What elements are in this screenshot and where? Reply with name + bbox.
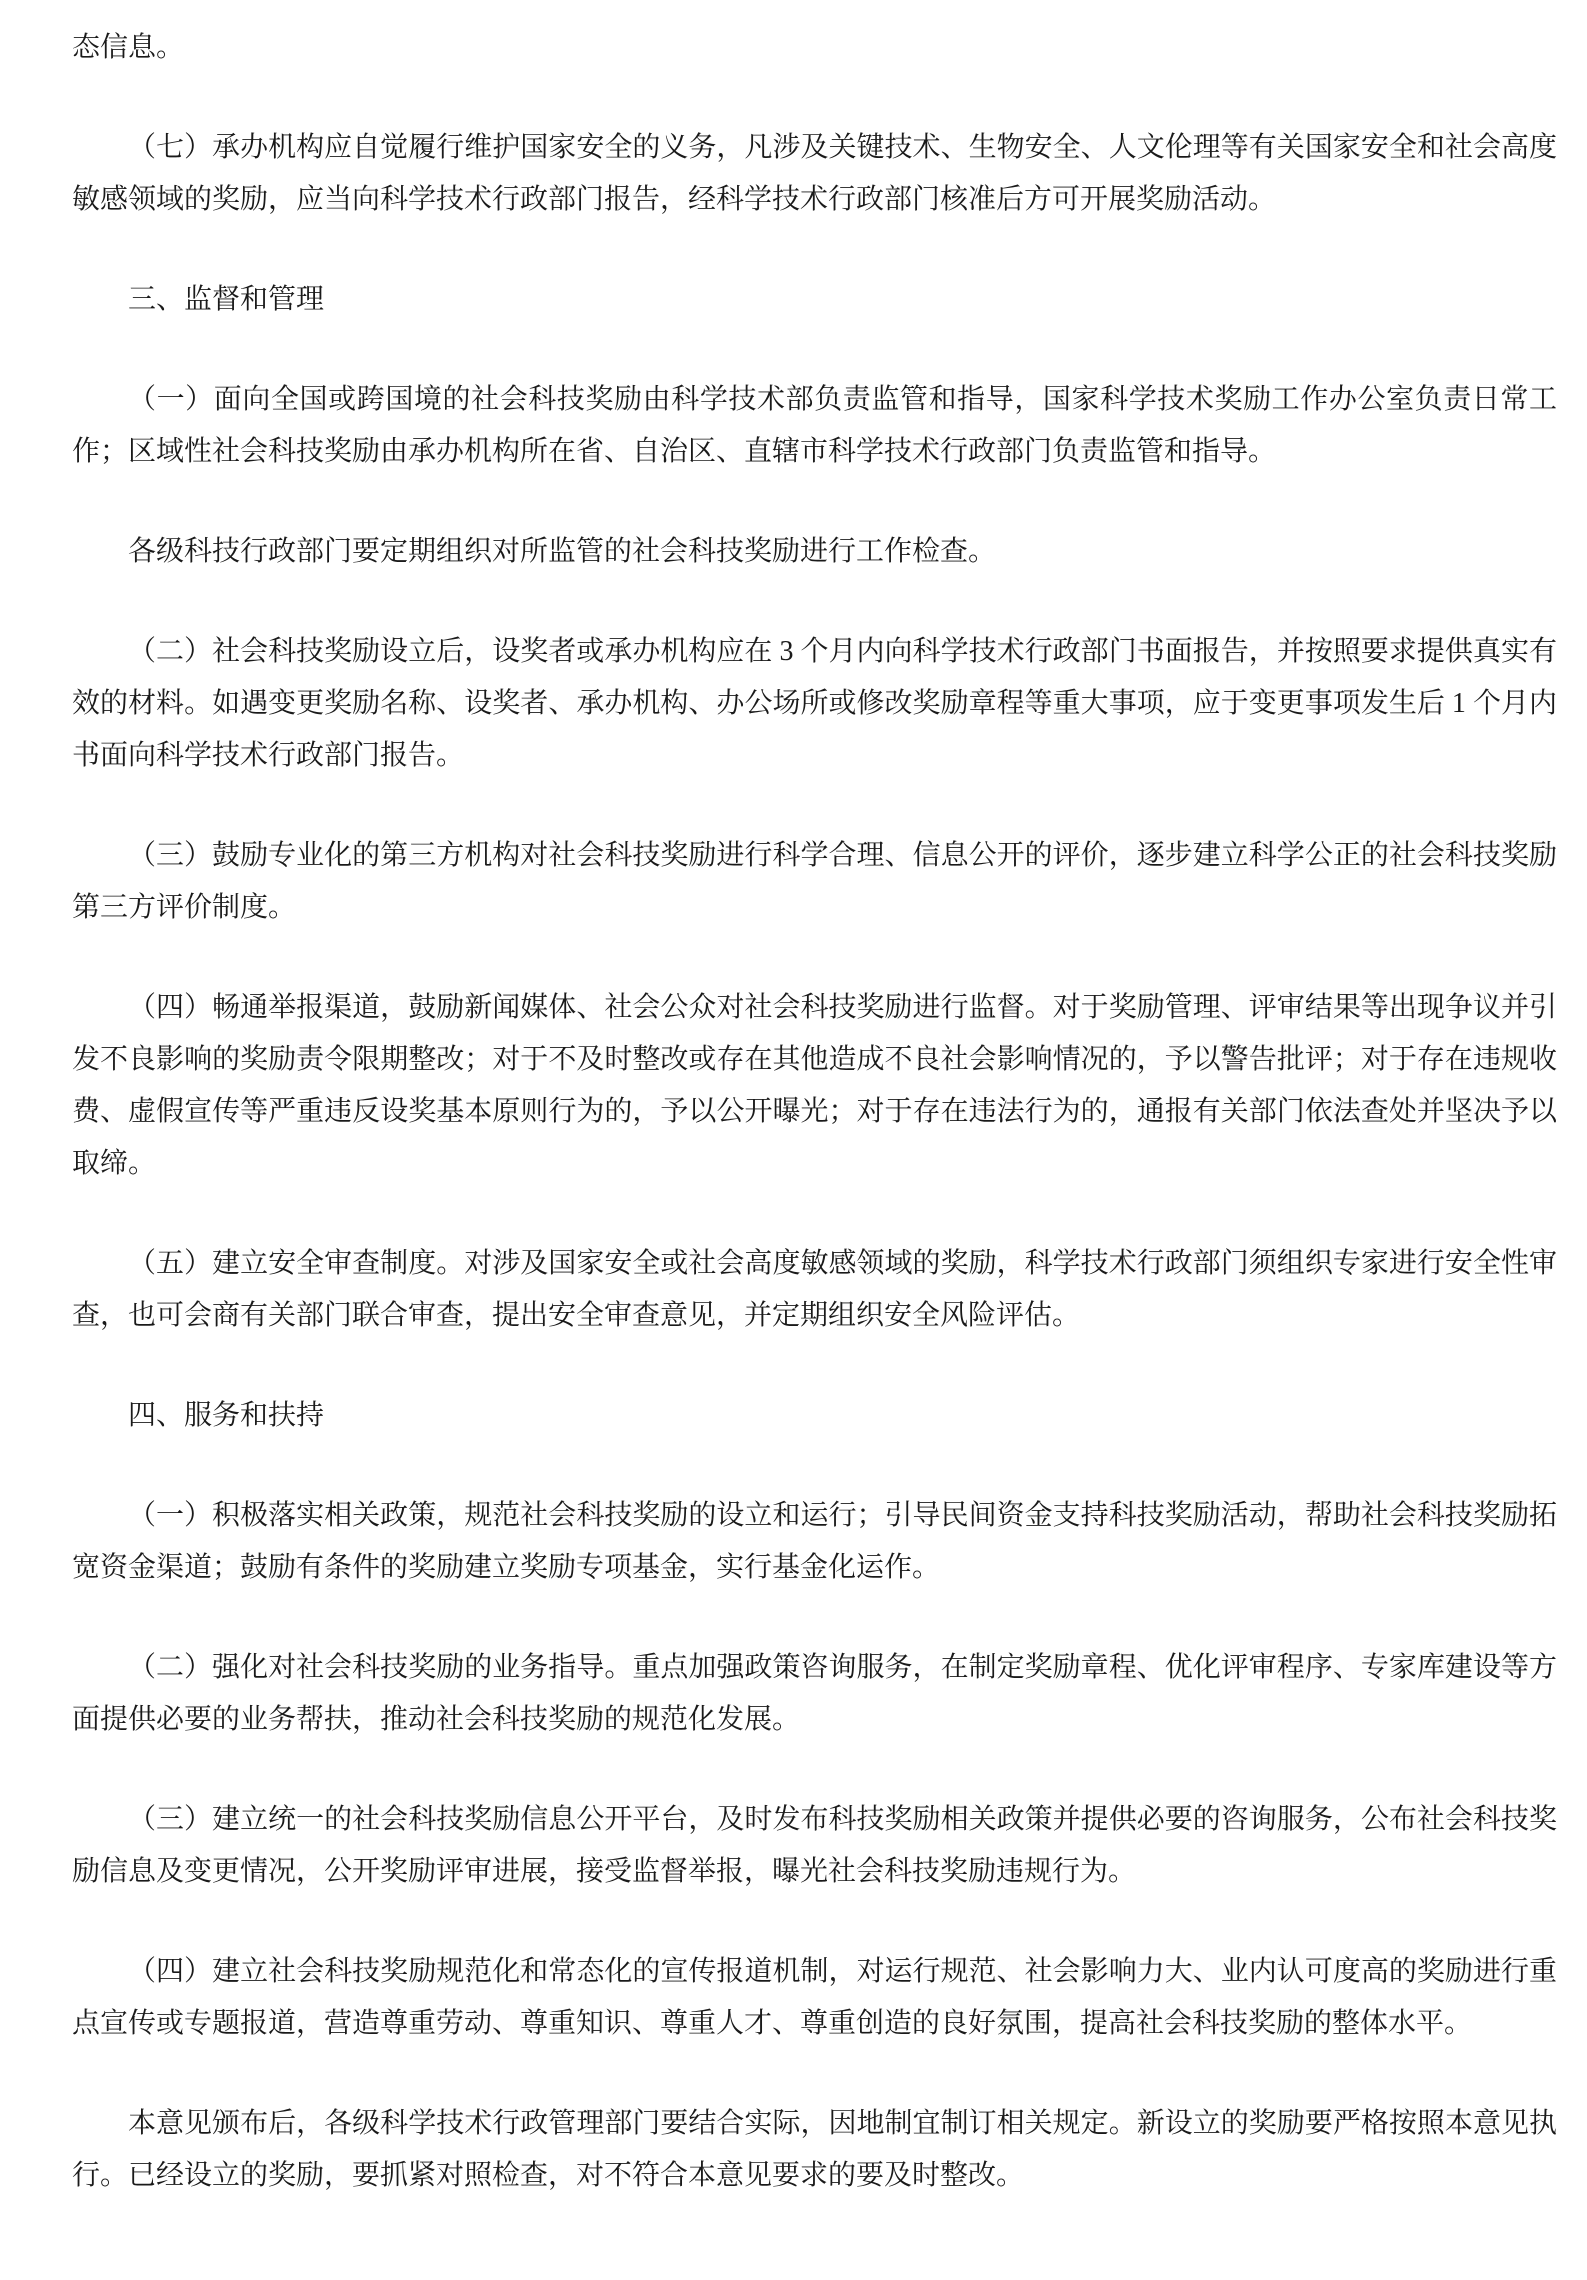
continuation-paragraph: 态信息。	[72, 22, 1557, 74]
paragraph-s4-item-2: （二）强化对社会科技奖励的业务指导。重点加强政策咨询服务，在制定奖励章程、优化评…	[72, 1642, 1557, 1746]
section-heading-3: 三、监督和管理	[72, 274, 1557, 326]
closing-paragraph: 本意见颁布后，各级科学技术行政管理部门要结合实际，因地制宜制订相关规定。新设立的…	[72, 2098, 1557, 2202]
paragraph-item-7: （七）承办机构应自觉履行维护国家安全的义务，凡涉及关键技术、生物安全、人文伦理等…	[72, 122, 1557, 226]
paragraph-s3-item-2: （二）社会科技奖励设立后，设奖者或承办机构应在 3 个月内向科学技术行政部门书面…	[72, 626, 1557, 782]
paragraph-s4-item-1: （一）积极落实相关政策，规范社会科技奖励的设立和运行；引导民间资金支持科技奖励活…	[72, 1490, 1557, 1594]
paragraph-s3-item-4: （四）畅通举报渠道，鼓励新闻媒体、社会公众对社会科技奖励进行监督。对于奖励管理、…	[72, 982, 1557, 1190]
document-page: 态信息。 （七）承办机构应自觉履行维护国家安全的义务，凡涉及关键技术、生物安全、…	[0, 0, 1587, 2280]
paragraph-s4-item-4: （四）建立社会科技奖励规范化和常态化的宣传报道机制，对运行规范、社会影响力大、业…	[72, 1946, 1557, 2050]
section-heading-4: 四、服务和扶持	[72, 1390, 1557, 1442]
paragraph-s4-item-3: （三）建立统一的社会科技奖励信息公开平台，及时发布科技奖励相关政策并提供必要的咨…	[72, 1794, 1557, 1898]
paragraph-s3-item-3: （三）鼓励专业化的第三方机构对社会科技奖励进行科学合理、信息公开的评价，逐步建立…	[72, 830, 1557, 934]
paragraph-s3-item-5: （五）建立安全审查制度。对涉及国家安全或社会高度敏感领域的奖励，科学技术行政部门…	[72, 1238, 1557, 1342]
paragraph-s3-item-1: （一）面向全国或跨国境的社会科技奖励由科学技术部负责监管和指导，国家科学技术奖励…	[72, 374, 1557, 478]
paragraph-s3-inspection: 各级科技行政部门要定期组织对所监管的社会科技奖励进行工作检查。	[72, 526, 1557, 578]
